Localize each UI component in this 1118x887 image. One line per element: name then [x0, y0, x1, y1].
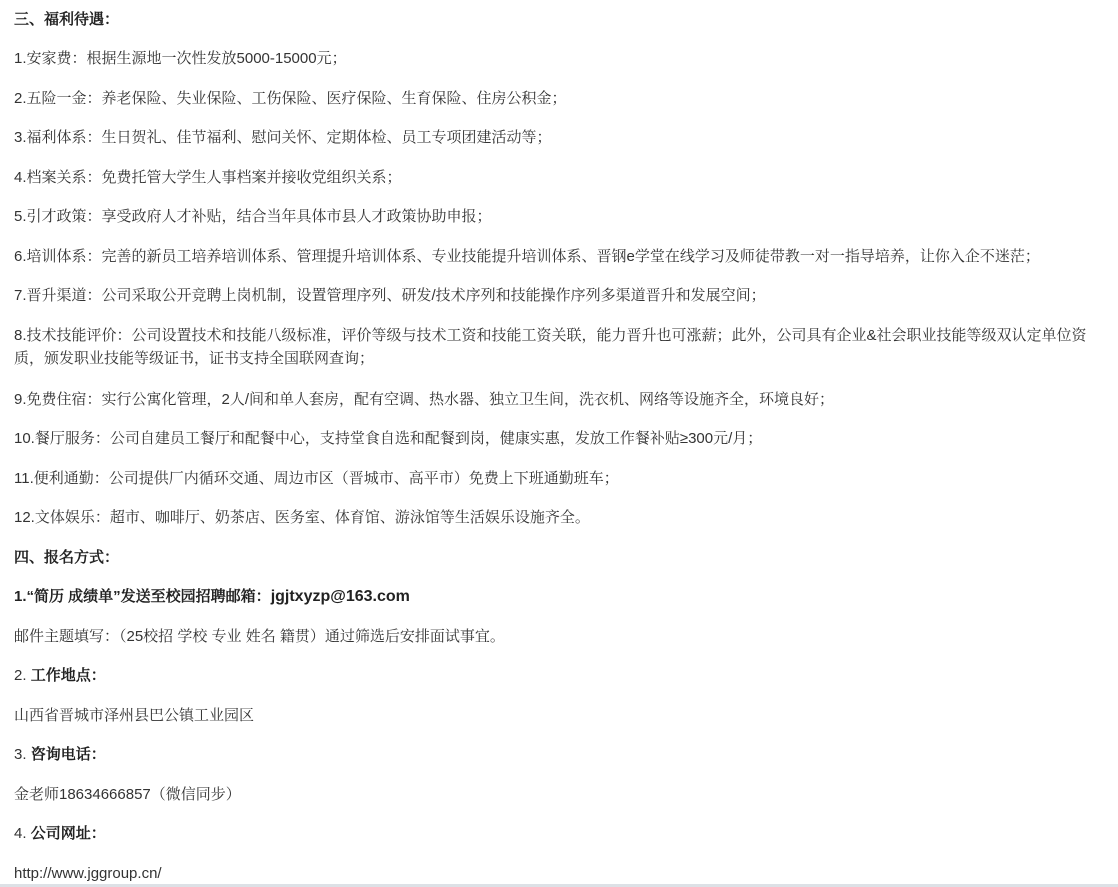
benefit-item-9: 9.免费住宿：实行公寓化管理，2人/间和单人套房，配有空调、热水器、独立卫生间，… — [14, 388, 1110, 411]
phone-label: 咨询电话： — [31, 746, 106, 763]
benefit-item-8: 8.技术技能评价：公司设置技术和技能八级标准，评价等级与技术工资和技能工资关联，… — [14, 324, 1110, 370]
website-link[interactable]: http://www.jggroup.cn/ — [14, 865, 162, 882]
location-label: 工作地点： — [31, 667, 106, 684]
phone-number-index: 3. — [14, 746, 31, 763]
website-heading: 4. 公司网址： — [14, 822, 1110, 845]
benefit-item-12: 12.文体娱乐：超市、咖啡厅、奶茶店、医务室、体育馆、游泳馆等生活娱乐设施齐全。 — [14, 506, 1110, 529]
benefit-item-3: 3.福利体系：生日贺礼、佳节福利、慰问关怀、定期体检、员工专项团建活动等； — [14, 126, 1110, 149]
website-label: 公司网址： — [31, 825, 106, 842]
location-value: 山西省晋城市泽州县巴公镇工业园区 — [14, 704, 1110, 727]
phone-value: 金老师18634666857（微信同步） — [14, 783, 1110, 806]
benefit-item-5: 5.引才政策：享受政府人才补贴，结合当年具体市县人才政策协助申报； — [14, 205, 1110, 228]
apply-email-label: 1.“简历 成绩单”发送至校园招聘邮箱： — [14, 588, 271, 605]
phone-heading: 3. 咨询电话： — [14, 743, 1110, 766]
website-number: 4. — [14, 825, 31, 842]
benefit-item-10: 10.餐厅服务：公司自建员工餐厅和配餐中心，支持堂食自选和配餐到岗，健康实惠，发… — [14, 427, 1110, 450]
location-heading: 2. 工作地点： — [14, 664, 1110, 687]
email-subject-note: 邮件主题填写：（25校招 学校 专业 姓名 籍贯）通过筛选后安排面试事宜。 — [14, 625, 1110, 648]
section-heading-application: 四、报名方式： — [14, 546, 1110, 569]
apply-email-address[interactable]: jgjtxyzp@163.com — [271, 588, 410, 605]
benefit-item-2: 2.五险一金：养老保险、失业保险、工伤保险、医疗保险、生育保险、住房公积金； — [14, 87, 1110, 110]
benefit-item-6: 6.培训体系：完善的新员工培养培训体系、管理提升培训体系、专业技能提升培训体系、… — [14, 245, 1110, 268]
benefit-item-11: 11.便利通勤：公司提供厂内循环交通、周边市区（晋城市、高平市）免费上下班通勤班… — [14, 467, 1110, 490]
location-number: 2. — [14, 667, 31, 684]
apply-email-line: 1.“简历 成绩单”发送至校园招聘邮箱：jgjtxyzp@163.com — [14, 585, 1110, 608]
benefit-item-1: 1.安家费：根据生源地一次性发放5000-15000元； — [14, 47, 1110, 70]
benefit-item-4: 4.档案关系：免费托管大学生人事档案并接收党组织关系； — [14, 166, 1110, 189]
benefit-item-7: 7.晋升渠道：公司采取公开竞聘上岗机制，设置管理序列、研发/技术序列和技能操作序… — [14, 284, 1110, 307]
website-line: http://www.jggroup.cn/ — [14, 862, 1110, 885]
section-heading-benefits: 三、福利待遇： — [14, 8, 1110, 31]
